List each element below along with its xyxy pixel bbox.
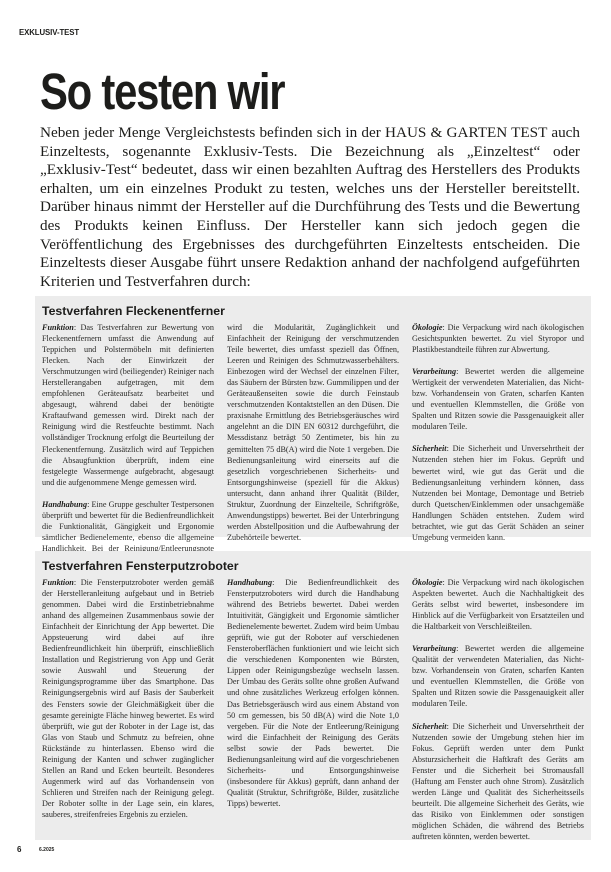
section-label: Sicherheit xyxy=(412,444,447,453)
section-text: : Bewertet werden die allgemeine Qualitä… xyxy=(412,644,584,708)
box-title: Testverfahren Fensterputzroboter xyxy=(42,559,584,574)
section-text: : Die Sicherheit und Unversehrtheit der … xyxy=(412,444,584,541)
section-text: : Die Fensterputzroboter werden gemäß de… xyxy=(42,578,214,819)
page-number: 6 xyxy=(17,845,21,854)
section-label: Ökologie xyxy=(412,578,442,587)
section-label: Ökologie xyxy=(412,323,442,332)
box-body: Funktion: Die Fensterputzroboter werden … xyxy=(42,577,584,842)
section-verarbeitung: Verarbeitung: Bewertet werden die allgem… xyxy=(412,643,584,709)
page-title: So testen wir xyxy=(40,66,284,118)
section-text: : Die Sicherheit und Unversehrtheit der … xyxy=(412,722,584,841)
section-label: Handhabung xyxy=(42,500,87,509)
section-text: : Bewertet werden die allgemeine Wertigk… xyxy=(412,367,584,431)
section-verarbeitung: Verarbeitung: Bewertet werden die allgem… xyxy=(412,366,584,432)
box-title: Testverfahren Fleckenentferner xyxy=(42,304,584,319)
section-text: : Die Bedienfreundlichkeit des Fensterpu… xyxy=(227,578,399,808)
section-oekologie: Ökologie: Die Verpackung wird nach ökolo… xyxy=(412,322,584,355)
test-box-fensterputzroboter: Testverfahren Fensterputzroboter Funktio… xyxy=(35,551,591,840)
box-body: Funktion: Das Testverfahren zur Bewertun… xyxy=(42,322,584,554)
section-oekologie: Ökologie: Die Verpackung wird nach ökolo… xyxy=(412,577,584,632)
section-label: Handhabung xyxy=(227,578,272,587)
section-label: Verarbeitung xyxy=(412,367,456,376)
section-funktion: Funktion: Das Testverfahren zur Bewertun… xyxy=(42,322,214,488)
section-label: Sicherheit xyxy=(412,722,447,731)
section-kicker: EXKLUSIV-TEST xyxy=(19,27,79,37)
section-sicherheit: Sicherheit: Die Sicherheit und Unversehr… xyxy=(412,721,584,843)
section-funktion: Funktion: Die Fensterputzroboter werden … xyxy=(42,577,214,820)
section-sicherheit: Sicherheit: Die Sicherheit und Unversehr… xyxy=(412,443,584,542)
test-box-fleckenentferner: Testverfahren Fleckenentferner Funktion:… xyxy=(35,296,591,537)
section-text: : Das Testverfahren zur Bewertung von Fl… xyxy=(42,323,214,487)
section-label: Funktion xyxy=(42,323,74,332)
intro-paragraph: Neben jeder Menge Vergleichstests befind… xyxy=(40,124,580,291)
section-handhabung: Handhabung: Die Bedienfreundlichkeit des… xyxy=(227,577,399,809)
section-label: Funktion xyxy=(42,578,74,587)
issue-date: 6.2025 xyxy=(39,847,54,853)
section-label: Verarbeitung xyxy=(412,644,456,653)
